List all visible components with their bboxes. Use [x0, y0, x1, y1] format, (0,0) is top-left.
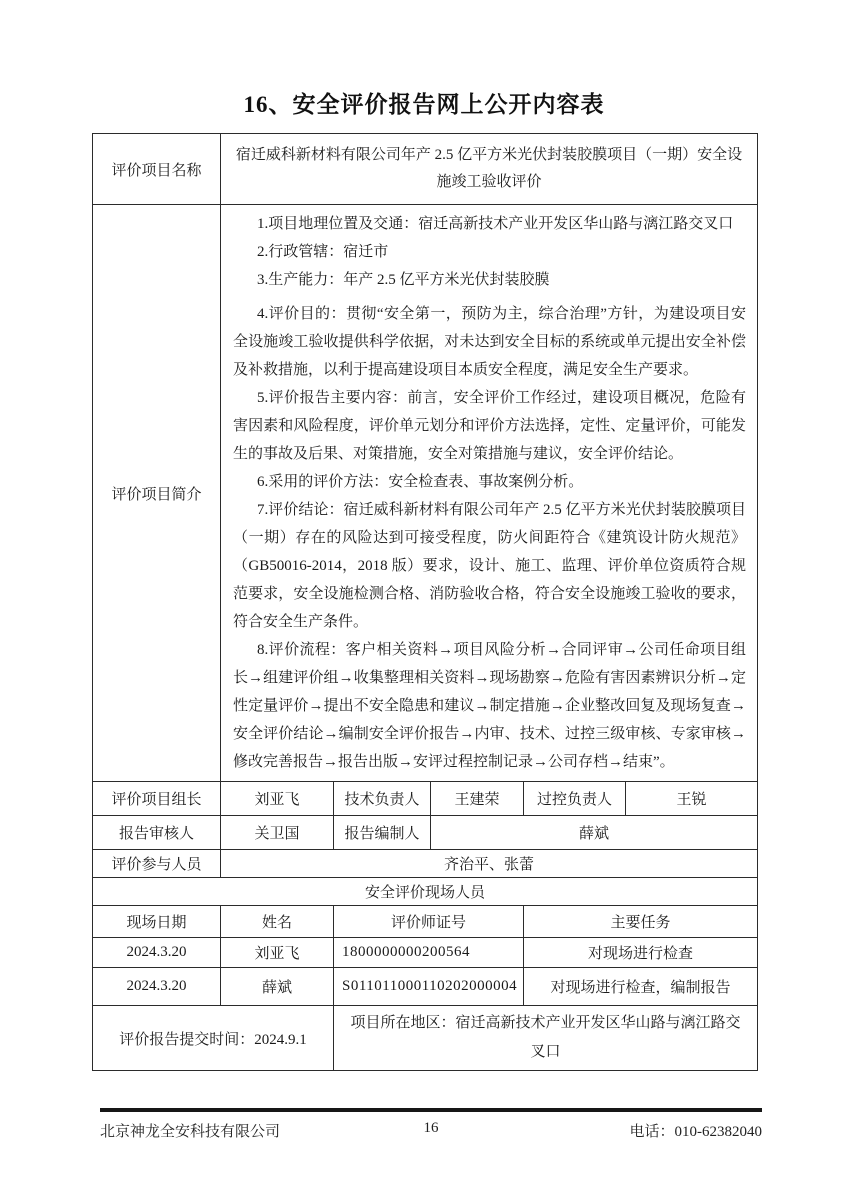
site-row-1-task: 对现场进行检查	[524, 938, 758, 968]
process-lead-name: 王锐	[626, 782, 758, 816]
tech-lead-name: 王建荣	[431, 782, 524, 816]
page-title: 16、安全评价报告网上公开内容表	[0, 0, 848, 119]
row-project-name: 评价项目名称 宿迁威科新材料有限公司年产 2.5 亿平方米光伏封装胶膜项目（一期…	[93, 134, 758, 205]
editor-label: 报告编制人	[334, 816, 431, 850]
row-participants: 评价参与人员 齐治平、张蕾	[93, 850, 758, 878]
process-lead-label: 过控负责人	[524, 782, 626, 816]
row-bottom: 评价报告提交时间：2024.9.1 项目所在地区：宿迁高新技术产业开发区华山路与…	[93, 1006, 758, 1071]
intro-item-7: 7.评价结论：宿迁威科新材料有限公司年产 2.5 亿平方米光伏封装胶膜项目（一期…	[233, 496, 746, 636]
site-row-2-date: 2024.3.20	[93, 968, 221, 1006]
site-header-name: 姓名	[221, 906, 334, 938]
page-footer: 北京神龙全安科技有限公司 16 电话：010-62382040	[100, 1108, 762, 1141]
intro-item-2: 2.行政管辖：宿迁市	[233, 238, 746, 266]
tech-lead-label: 技术负责人	[334, 782, 431, 816]
leader-label: 评价项目组长	[93, 782, 221, 816]
participants-label: 评价参与人员	[93, 850, 221, 878]
leader-name: 刘亚飞	[221, 782, 334, 816]
footer-phone: 电话：010-62382040	[630, 1120, 763, 1141]
footer-company: 北京神龙全安科技有限公司	[100, 1120, 280, 1141]
site-row-1-name: 刘亚飞	[221, 938, 334, 968]
project-location: 项目所在地区：宿迁高新技术产业开发区华山路与漓江路交叉口	[334, 1006, 758, 1071]
row-site-headers: 现场日期 姓名 评价师证号 主要任务	[93, 906, 758, 938]
site-header-date: 现场日期	[93, 906, 221, 938]
site-row-2-cert: S011011000110202000004	[334, 968, 524, 1006]
document-page: 16、安全评价报告网上公开内容表 评价项目名称 宿迁威科新材料有限公司年产 2.…	[0, 0, 848, 1200]
project-name-label: 评价项目名称	[93, 134, 221, 205]
reviewer-label: 报告审核人	[93, 816, 221, 850]
intro-item-5: 5.评价报告主要内容：前言，安全评价工作经过，建设项目概况，危险有害因素和风险程…	[233, 384, 746, 468]
reviewer-name: 关卫国	[221, 816, 334, 850]
intro-item-4: 4.评价目的：贯彻“安全第一，预防为主，综合治理”方针，为建设项目安全设施竣工验…	[233, 300, 746, 384]
site-row-2: 2024.3.20 薛斌 S011011000110202000004 对现场进…	[93, 968, 758, 1006]
project-intro-label: 评价项目简介	[93, 205, 221, 782]
site-header-task: 主要任务	[524, 906, 758, 938]
intro-item-1: 1.项目地理位置及交通：宿迁高新技术产业开发区华山路与漓江路交叉口	[233, 210, 746, 238]
site-row-2-name: 薛斌	[221, 968, 334, 1006]
footer-row: 北京神龙全安科技有限公司 16 电话：010-62382040	[100, 1112, 762, 1141]
editor-name: 薛斌	[431, 816, 758, 850]
row-leaders: 评价项目组长 刘亚飞 技术负责人 王建荣 过控负责人 王锐	[93, 782, 758, 816]
project-intro-content: 1.项目地理位置及交通：宿迁高新技术产业开发区华山路与漓江路交叉口 2.行政管辖…	[221, 205, 758, 782]
submit-time: 评价报告提交时间：2024.9.1	[93, 1006, 334, 1071]
row-review: 报告审核人 关卫国 报告编制人 薛斌	[93, 816, 758, 850]
site-row-1-cert: 1800000000200564	[334, 938, 524, 968]
row-site-section-title: 安全评价现场人员	[93, 878, 758, 906]
participants-value: 齐治平、张蕾	[221, 850, 758, 878]
site-section-title: 安全评价现场人员	[93, 878, 758, 906]
disclosure-table: 评价项目名称 宿迁威科新材料有限公司年产 2.5 亿平方米光伏封装胶膜项目（一期…	[92, 133, 758, 1071]
intro-item-6: 6.采用的评价方法：安全检查表、事故案例分析。	[233, 468, 746, 496]
project-name-value: 宿迁威科新材料有限公司年产 2.5 亿平方米光伏封装胶膜项目（一期）安全设施竣工…	[221, 134, 758, 205]
site-row-2-task: 对现场进行检查，编制报告	[524, 968, 758, 1006]
site-row-1-date: 2024.3.20	[93, 938, 221, 968]
intro-item-3: 3.生产能力：年产 2.5 亿平方米光伏封装胶膜	[233, 266, 746, 294]
site-header-cert: 评价师证号	[334, 906, 524, 938]
row-project-intro: 评价项目简介 1.项目地理位置及交通：宿迁高新技术产业开发区华山路与漓江路交叉口…	[93, 205, 758, 782]
intro-item-8: 8.评价流程：客户相关资料→项目风险分析→合同评审→公司任命项目组长→组建评价组…	[233, 636, 746, 776]
site-row-1: 2024.3.20 刘亚飞 1800000000200564 对现场进行检查	[93, 938, 758, 968]
footer-page-number: 16	[424, 1120, 439, 1137]
